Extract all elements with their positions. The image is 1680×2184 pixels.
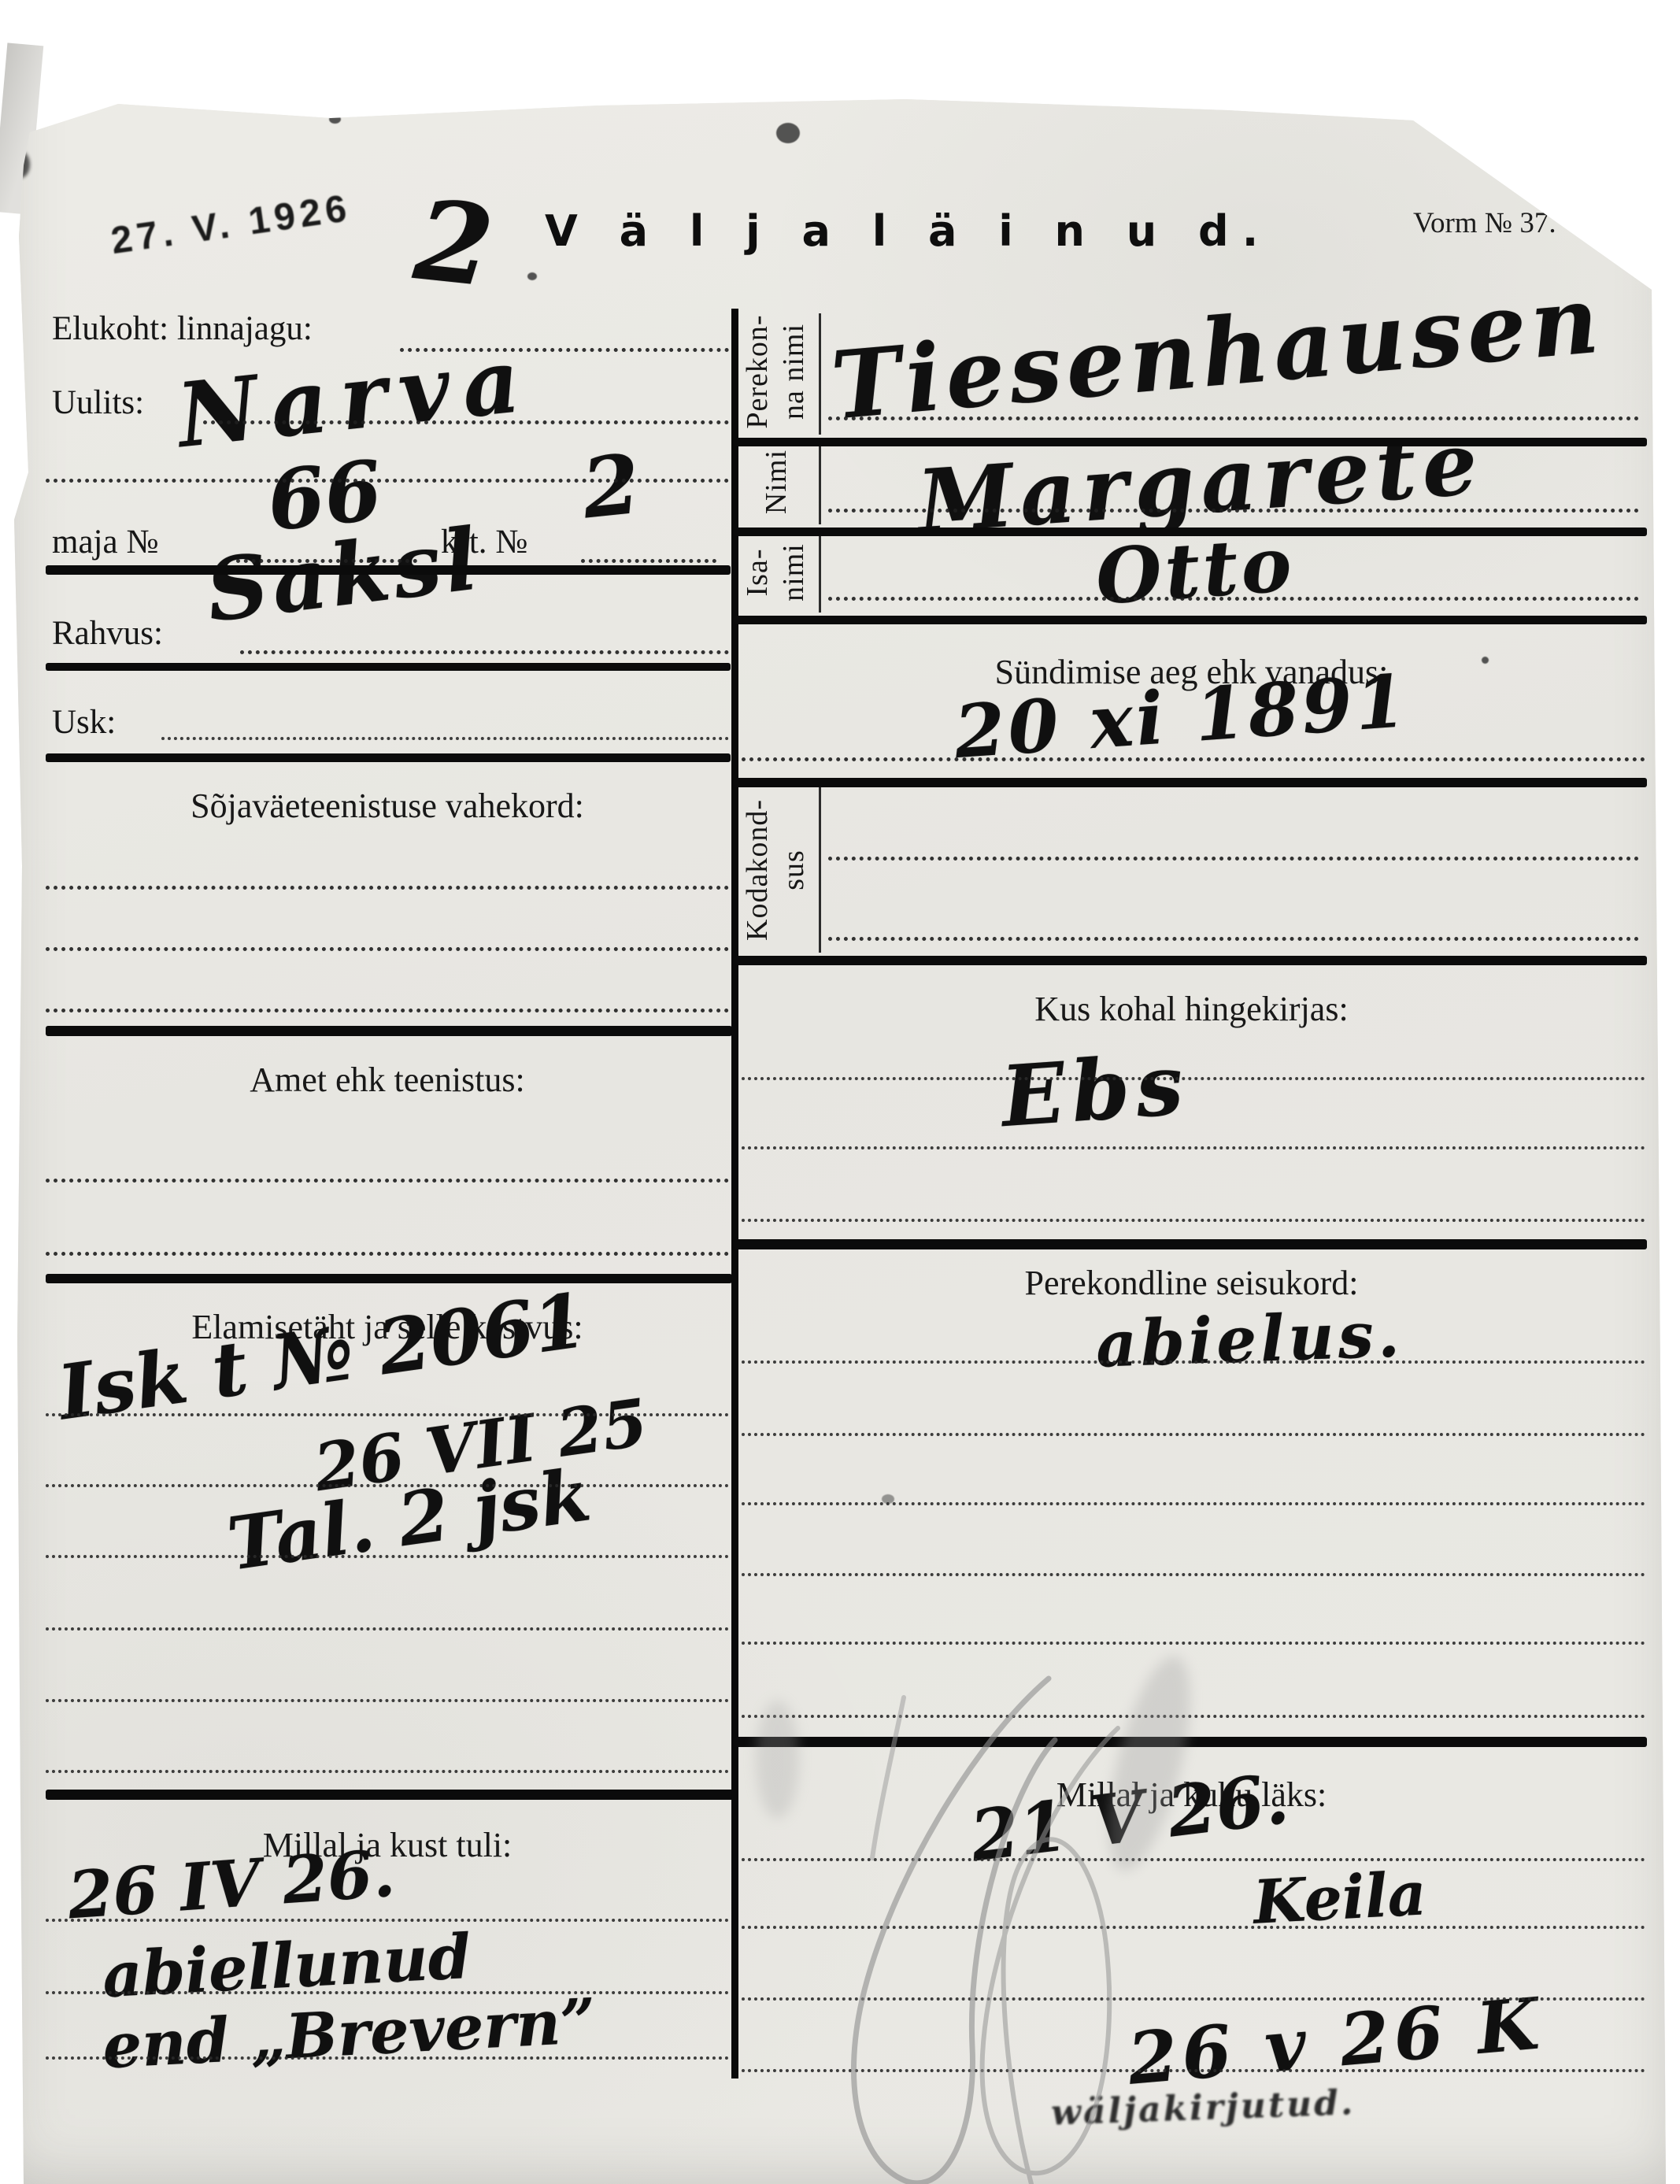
dotted-line xyxy=(46,1009,729,1012)
divider-rule xyxy=(734,778,1647,787)
divider-rule xyxy=(46,663,731,671)
dotted-line xyxy=(828,857,1639,861)
vlabel-nimi: Nimi xyxy=(759,439,797,525)
divider-rule xyxy=(734,616,1647,624)
dotted-line xyxy=(742,1573,1645,1576)
dotted-line xyxy=(742,1502,1645,1505)
divider-rule xyxy=(734,1239,1647,1249)
field-uulits-label: Uulits: xyxy=(52,383,144,422)
dotted-line xyxy=(742,1433,1645,1436)
hw-linnajagu-value: 2 xyxy=(409,176,499,312)
vlabel-nimi-line1: Nimi xyxy=(759,439,795,525)
dotted-line xyxy=(742,1146,1645,1149)
dotted-line xyxy=(236,559,417,563)
ink-speck xyxy=(776,123,800,143)
vlabel-isanimi-line2: nimi xyxy=(776,529,812,616)
vlabel-perekonnanimi-line2: na nimi xyxy=(776,313,812,431)
form-number: Vorm № 37. xyxy=(1413,206,1556,240)
hw-krt-value: 2 xyxy=(578,435,645,538)
divider-rule xyxy=(46,565,731,575)
dotted-line xyxy=(828,509,1639,513)
divider-rule xyxy=(46,1790,737,1800)
label-separator-line xyxy=(819,313,821,435)
dotted-line xyxy=(46,947,729,951)
dotted-line xyxy=(581,559,716,563)
field-maja-label: maja № xyxy=(52,523,158,561)
field-elukoht-label: Elukoht: linnajagu: xyxy=(52,309,313,348)
dotted-line xyxy=(742,1360,1645,1364)
hw-hingekirjas-value: Ebs xyxy=(998,1035,1193,1146)
dotted-line xyxy=(46,1770,729,1773)
divider-rule xyxy=(46,1026,732,1036)
dotted-line xyxy=(46,886,729,890)
vlabel-perekonnanimi: Perekon- na nimi xyxy=(740,313,816,431)
dotted-line xyxy=(46,1413,729,1416)
section-hingekirjas-header: Kus kohal hingekirjas: xyxy=(736,989,1647,1029)
dotted-line xyxy=(46,1179,729,1183)
vlabel-kodakondsus-line2: sus xyxy=(776,791,812,949)
label-separator-line xyxy=(819,786,821,953)
dotted-line xyxy=(742,1642,1645,1645)
divider-rule xyxy=(734,438,1647,446)
dotted-line xyxy=(46,1627,729,1631)
dotted-line xyxy=(240,650,729,654)
divider-rule xyxy=(46,1274,732,1283)
label-separator-line xyxy=(819,441,821,524)
dotted-line xyxy=(400,348,729,352)
vlabel-kodakondsus-line1: Kodakond- xyxy=(740,791,776,949)
section-sojavae-header: Sõjaväeteenistuse vahekord: xyxy=(46,786,729,826)
dotted-line xyxy=(46,479,729,483)
dotted-line xyxy=(46,1484,729,1487)
dotted-line xyxy=(828,937,1639,941)
paper-sheet: 27. V. 1926 V ä l j a l ä i n u d. Vorm … xyxy=(0,0,1680,2184)
dotted-line xyxy=(742,757,1645,761)
ink-speck xyxy=(882,1494,894,1504)
dotted-line xyxy=(161,737,729,740)
field-usk-label: Usk: xyxy=(52,703,116,742)
divider-rule xyxy=(734,956,1647,965)
vlabel-kodakondsus: Kodakond- sus xyxy=(740,791,816,949)
dotted-line xyxy=(46,1252,729,1256)
dotted-line xyxy=(46,1555,729,1558)
divider-rule xyxy=(46,753,731,762)
valjakirjutud-stamp: wäljakirjutud. xyxy=(1050,2082,1356,2133)
received-date-stamp: 27. V. 1926 xyxy=(109,187,354,263)
hw-rahvus-value: Saksl xyxy=(202,509,487,642)
dotted-line xyxy=(742,1926,1645,1929)
dotted-line xyxy=(46,1919,729,1922)
dotted-line xyxy=(742,1219,1645,1222)
dotted-line xyxy=(828,416,1639,420)
ink-speck xyxy=(527,272,537,280)
dotted-line xyxy=(203,420,729,424)
divider-rule xyxy=(734,1737,1647,1747)
ink-speck xyxy=(1482,657,1489,664)
section-seisukord-header: Perekondline seisukord: xyxy=(736,1263,1647,1303)
dotted-line xyxy=(742,1997,1645,2001)
divider-rule xyxy=(734,527,1647,536)
dotted-line xyxy=(828,597,1639,601)
label-separator-line xyxy=(819,532,821,613)
scanned-form-page: 27. V. 1926 V ä l j a l ä i n u d. Vorm … xyxy=(0,0,1680,2184)
vlabel-isanimi: Isa- nimi xyxy=(740,529,816,616)
dotted-line xyxy=(742,2069,1645,2072)
hw-seisukord-value: abielus. xyxy=(1094,1297,1404,1382)
vlabel-perekonnanimi-line1: Perekon- xyxy=(740,313,776,431)
field-rahvus-label: Rahvus: xyxy=(52,614,163,653)
dotted-line xyxy=(46,1699,729,1702)
ink-speck xyxy=(329,115,341,124)
dotted-line xyxy=(742,1077,1645,1080)
dotted-line xyxy=(46,2056,729,2060)
form-title: V ä l j a l ä i n u d. xyxy=(545,206,1271,256)
section-amet-header: Amet ehk teenistus: xyxy=(46,1060,729,1100)
hw-perekonnanimi-value: Tiesenhausen xyxy=(827,264,1608,440)
dotted-line xyxy=(46,1991,729,1994)
dotted-line xyxy=(742,1715,1645,1718)
gray-smudge xyxy=(756,1701,799,1819)
vlabel-isanimi-line1: Isa- xyxy=(740,529,776,616)
dotted-line xyxy=(742,1858,1645,1861)
